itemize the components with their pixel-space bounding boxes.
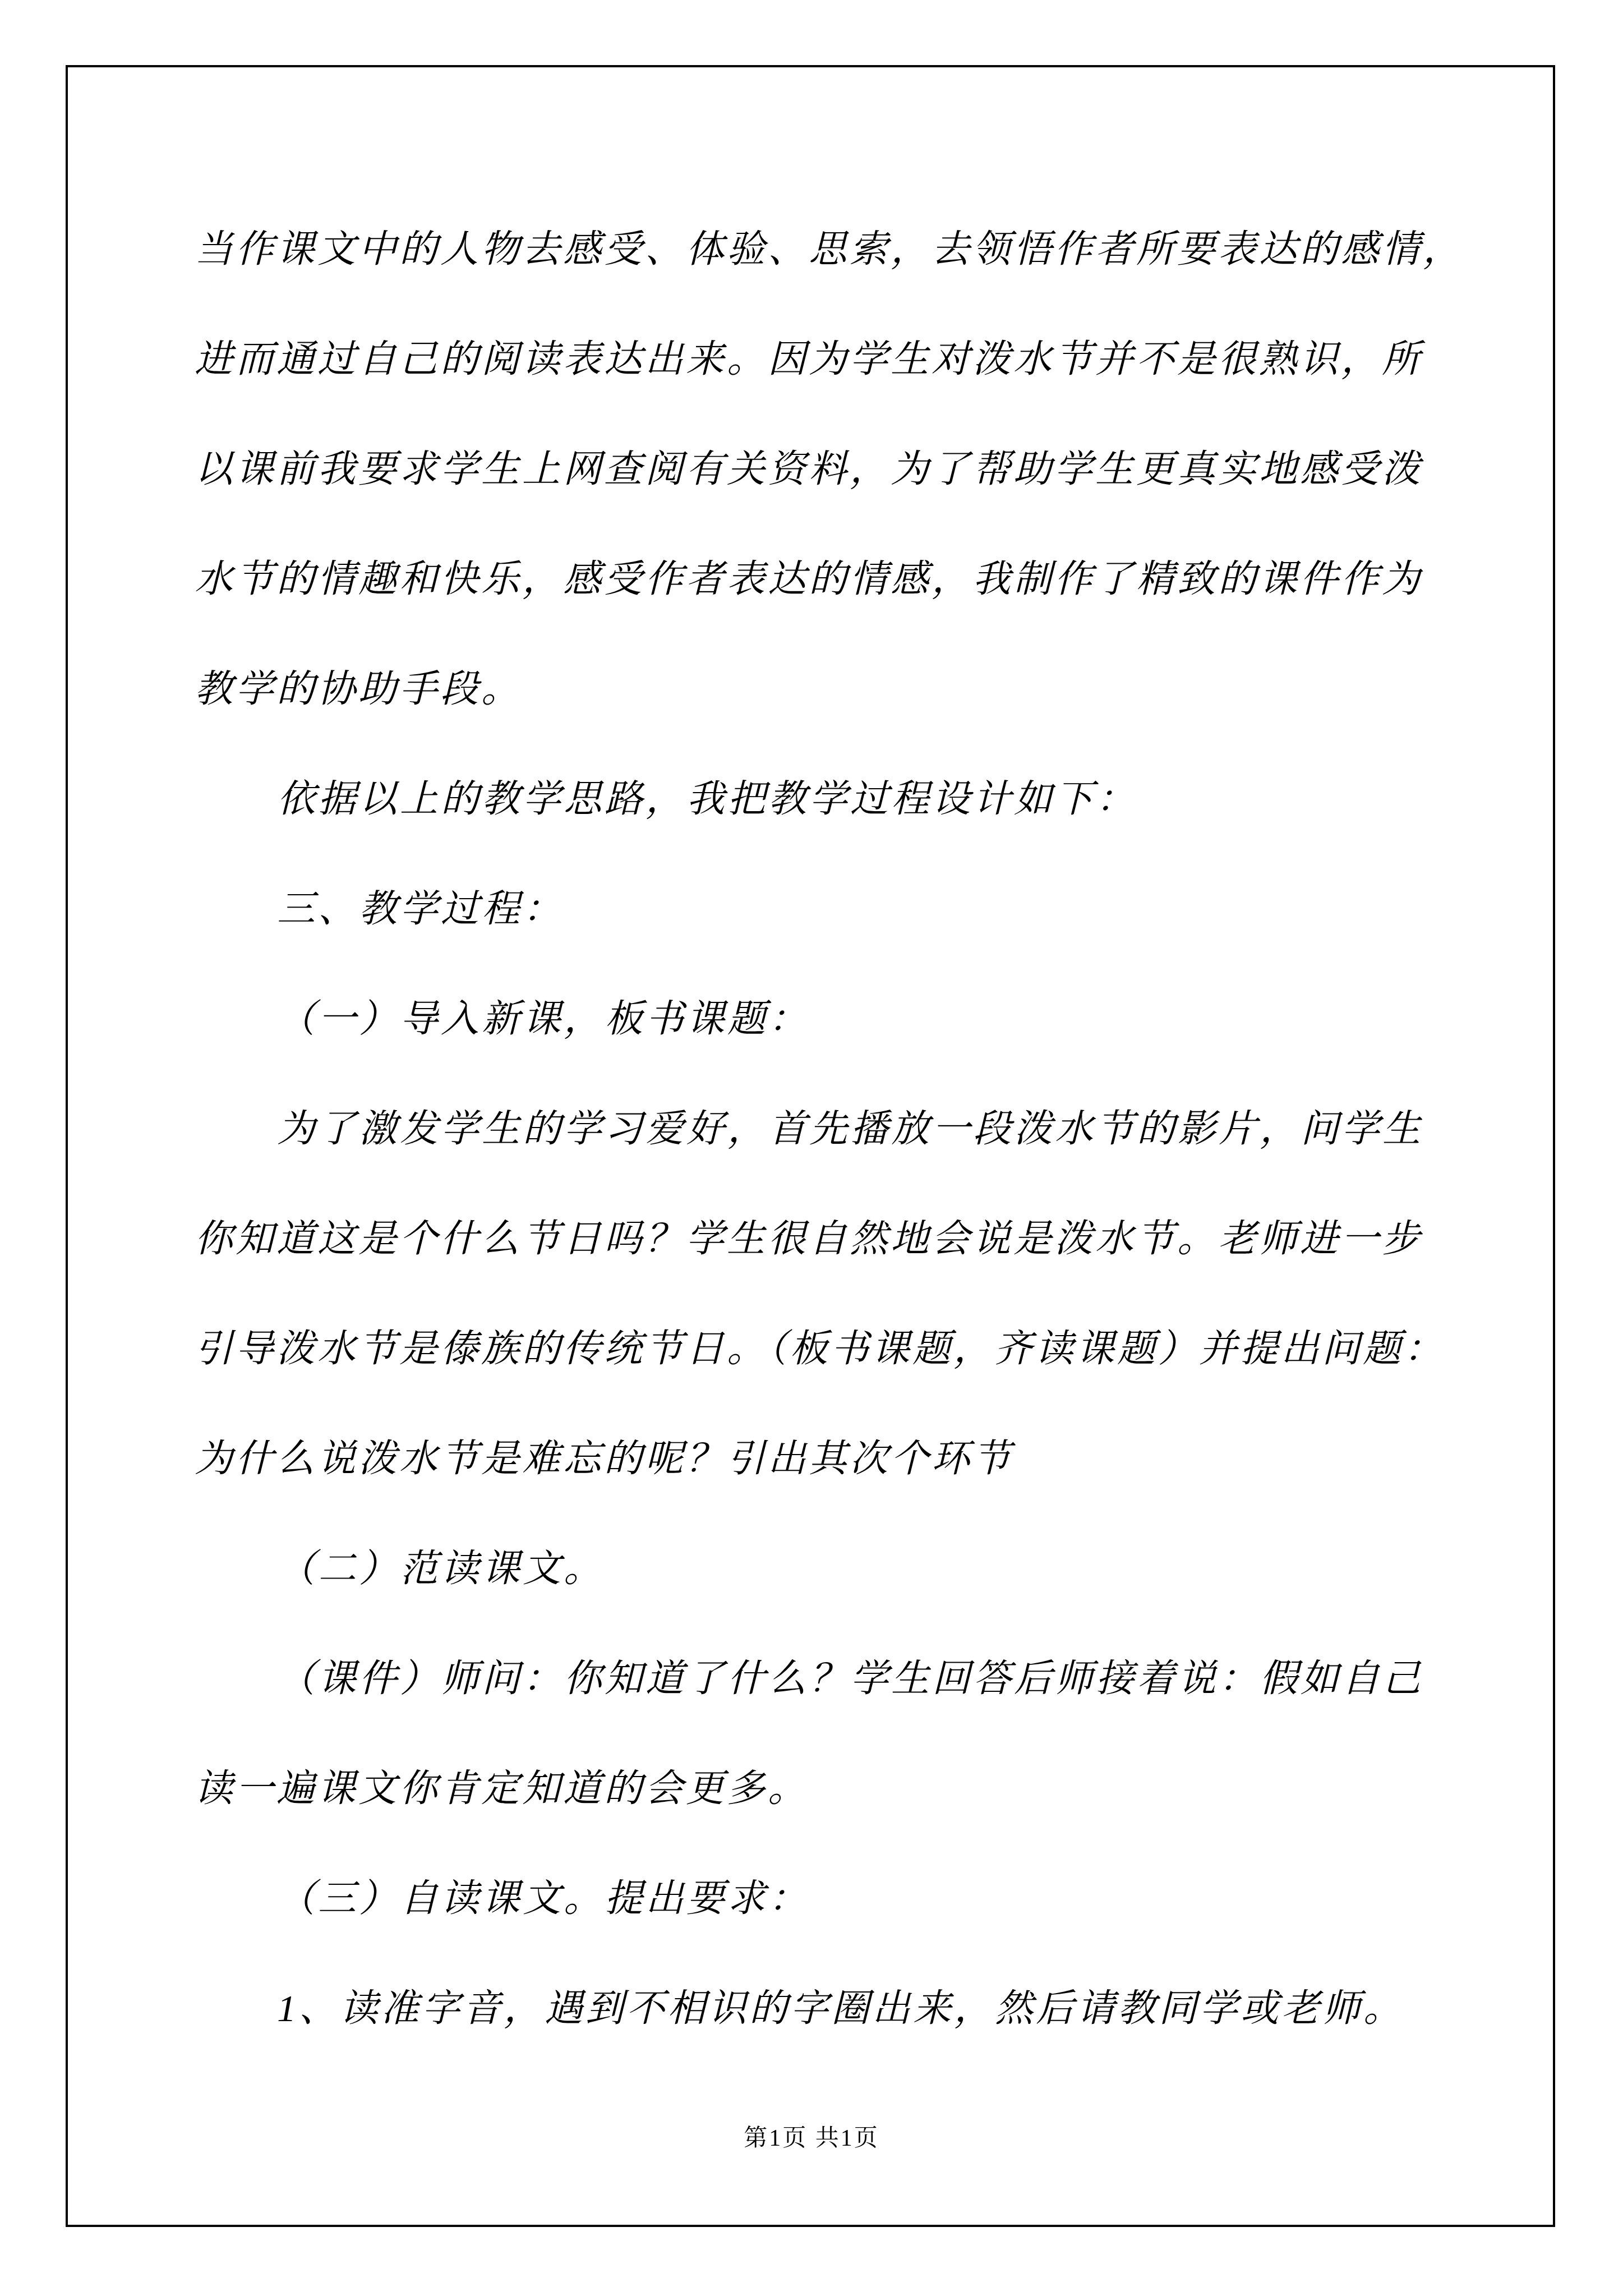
text-line: 以课前我要求学生上网查阅有关资料，为了帮助学生更真实地感受泼 [195, 414, 1451, 524]
text-line: 水节的情趣和快乐，感受作者表达的情感，我制作了精致的课件作为 [195, 524, 1451, 634]
document-lines: 当作课文中的人物去感受、体验、思索，去领悟作者所要表达的感情，进而通过自己的阅读… [195, 194, 1451, 2063]
text-line: 依据以上的教学思路，我把教学过程设计如下： [195, 744, 1451, 854]
text-line: （二）范读课文。 [195, 1513, 1451, 1623]
text-line: 1、读准字音，遇到不相识的字圈出来，然后请教同学或老师。 [195, 1953, 1451, 2063]
text-line: （三）自读课文。提出要求： [195, 1843, 1451, 1953]
text-line: 进而通过自己的阅读表达出来。因为学生对泼水节并不是很熟识，所 [195, 304, 1451, 414]
text-line: 为什么说泼水节是难忘的呢？引出其次个环节 [195, 1404, 1451, 1513]
text-line: 为了激发学生的学习爱好，首先播放一段泼水节的影片，问学生 [195, 1074, 1451, 1184]
text-line: 读一遍课文你肯定知道的会更多。 [195, 1733, 1451, 1843]
text-line: 你知道这是个什么节日吗？学生很自然地会说是泼水节。老师进一步 [195, 1184, 1451, 1294]
text-line: 三、教学过程： [195, 854, 1451, 964]
page-footer: 第1页 共1页 [0, 2119, 1623, 2153]
text-line: （课件）师问：你知道了什么？学生回答后师接着说：假如自己 [195, 1623, 1451, 1733]
text-line: （一）导入新课，板书课题： [195, 964, 1451, 1074]
text-line: 教学的协助手段。 [195, 634, 1451, 744]
document-page: 当作课文中的人物去感受、体验、思索，去领悟作者所要表达的感情，进而通过自己的阅读… [0, 0, 1623, 2296]
text-line: 当作课文中的人物去感受、体验、思索，去领悟作者所要表达的感情， [195, 194, 1451, 304]
text-line: 引导泼水节是傣族的传统节日。（板书课题，齐读课题）并提出问题： [195, 1294, 1451, 1404]
